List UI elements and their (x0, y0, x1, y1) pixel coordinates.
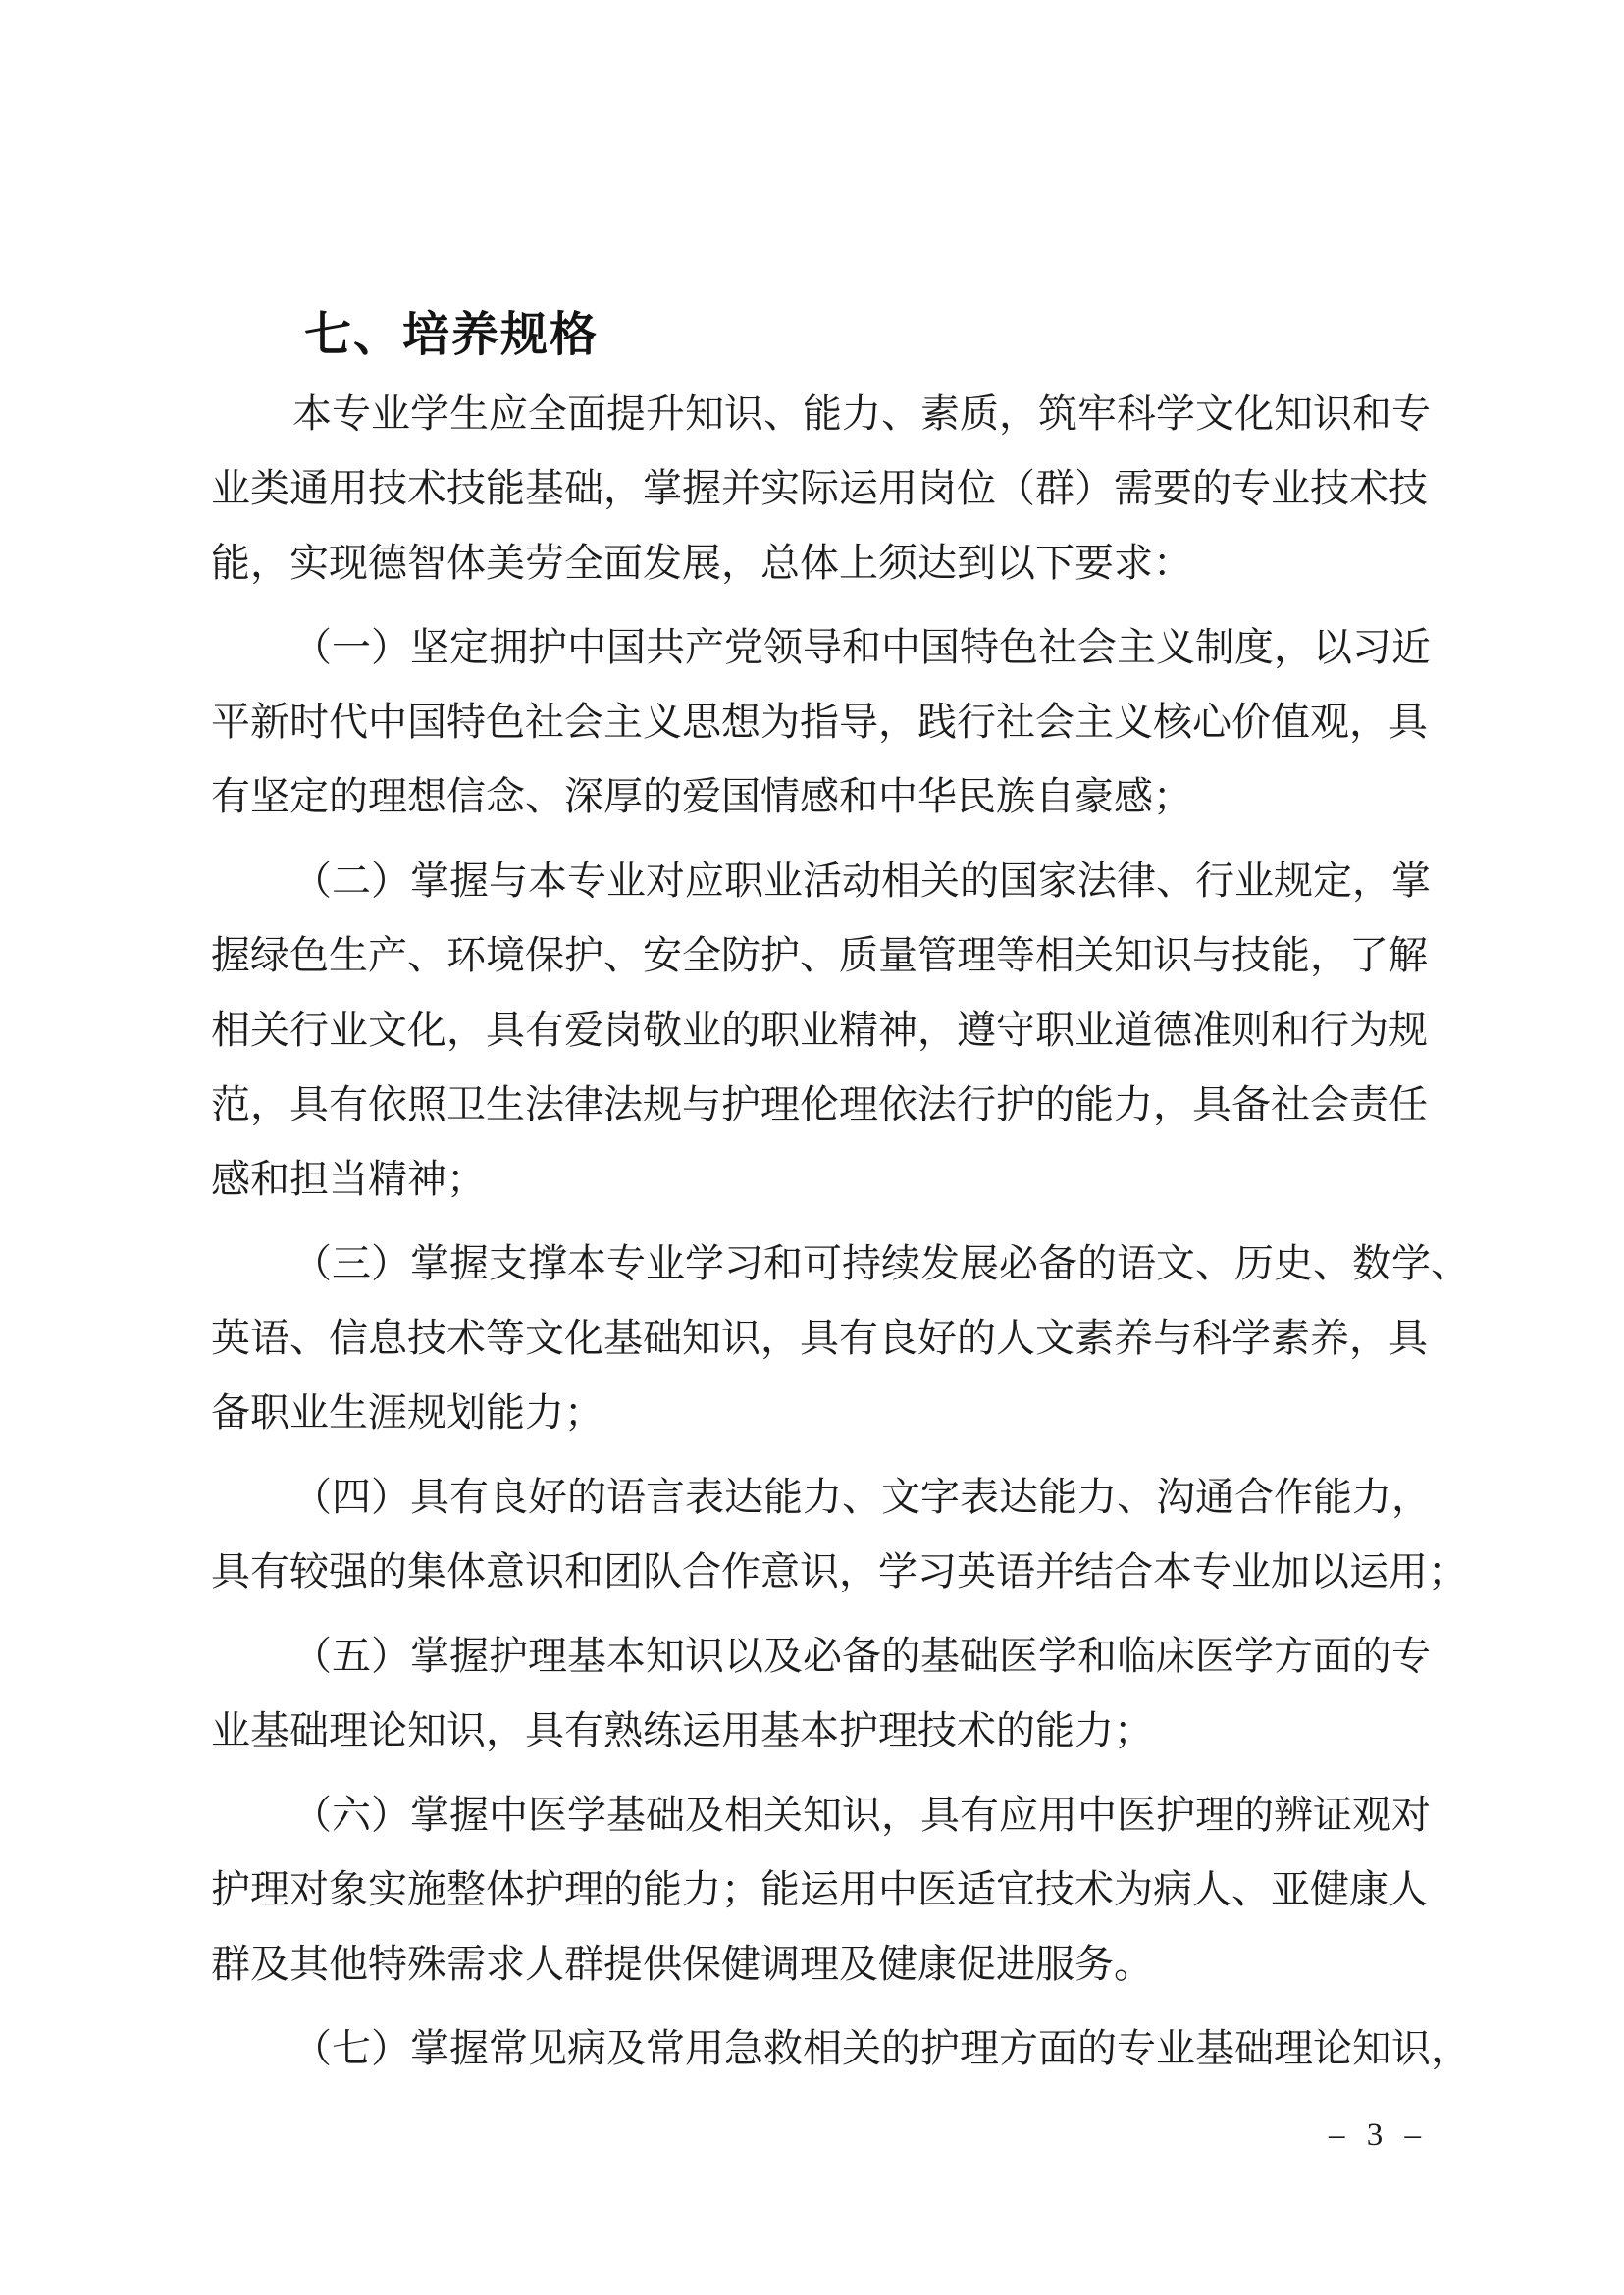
text-line: 握绿色生产、环境保护、安全防护、质量管理等相关知识与技能，了解 (211, 918, 1433, 993)
paragraph-item-6: （六）掌握中医学基础及相关知识，具有应用中医护理的辨证观对 护理对象实施整体护理… (211, 1778, 1433, 2002)
text-line: 业基础理论知识，具有熟练运用基本护理技术的能力； (211, 1694, 1433, 1768)
text-line: （一）坚定拥护中国共产党领导和中国特色社会主义制度，以习近 (211, 610, 1433, 685)
text-line: 备职业生涯规划能力； (211, 1376, 1433, 1450)
text-line: （四）具有良好的语言表达能力、文字表达能力、沟通合作能力， (211, 1460, 1433, 1535)
text-line: （五）掌握护理基本知识以及必备的基础医学和临床医学方面的专 (211, 1619, 1433, 1694)
text-line: 英语、信息技术等文化基础知识，具有良好的人文素养与科学素养，具 (211, 1301, 1433, 1376)
paragraph-item-4: （四）具有良好的语言表达能力、文字表达能力、沟通合作能力， 具有较强的集体意识和… (211, 1460, 1433, 1609)
text-line: 护理对象实施整体护理的能力；能运用中医适宜技术为病人、亚健康人 (211, 1852, 1433, 1927)
section-heading: 七、培养规格 (304, 310, 1433, 361)
text-line: （六）掌握中医学基础及相关知识，具有应用中医护理的辨证观对 (211, 1778, 1433, 1852)
document-page: 七、培养规格 本专业学生应全面提升知识、能力、素质，筑牢科学文化知识和专 业类通… (0, 0, 1624, 2295)
text-line: （七）掌握常见病及常用急救相关的护理方面的专业基础理论知识， (211, 2011, 1433, 2086)
paragraph-item-7: （七）掌握常见病及常用急救相关的护理方面的专业基础理论知识， (211, 2011, 1433, 2086)
text-line: 相关行业文化，具有爱岗敬业的职业精神，遵守职业道德准则和行为规 (211, 993, 1433, 1068)
text-line: （三）掌握支撑本专业学习和可持续发展必备的语文、历史、数学、 (211, 1226, 1433, 1301)
text-line: （二）掌握与本专业对应职业活动相关的国家法律、行业规定，掌 (211, 844, 1433, 918)
paragraph-item-5: （五）掌握护理基本知识以及必备的基础医学和临床医学方面的专 业基础理论知识，具有… (211, 1619, 1433, 1768)
paragraph-item-3: （三）掌握支撑本专业学习和可持续发展必备的语文、历史、数学、 英语、信息技术等文… (211, 1226, 1433, 1450)
text-line: 能，实现德智体美劳全面发展，总体上须达到以下要求： (211, 526, 1433, 600)
text-line: 有坚定的理想信念、深厚的爱国情感和中华民族自豪感； (211, 759, 1433, 834)
text-line: 范，具有依照卫生法律法规与护理伦理依法行护的能力，具备社会责任 (211, 1068, 1433, 1142)
text-line: 本专业学生应全面提升知识、能力、素质，筑牢科学文化知识和专 (211, 377, 1433, 451)
paragraph-item-2: （二）掌握与本专业对应职业活动相关的国家法律、行业规定，掌 握绿色生产、环境保护… (211, 844, 1433, 1217)
text-line: 群及其他特殊需求人群提供保健调理及健康促进服务。 (211, 1927, 1433, 2002)
paragraph-item-1: （一）坚定拥护中国共产党领导和中国特色社会主义制度，以习近 平新时代中国特色社会… (211, 610, 1433, 834)
text-line: 业类通用技术技能基础，掌握并实际运用岗位（群）需要的专业技术技 (211, 451, 1433, 526)
text-line: 具有较强的集体意识和团队合作意识，学习英语并结合本专业加以运用； (211, 1535, 1433, 1609)
page-number: – 3 – (1329, 2115, 1421, 2155)
text-line: 感和担当精神； (211, 1142, 1433, 1217)
text-line: 平新时代中国特色社会主义思想为指导，践行社会主义核心价值观，具 (211, 685, 1433, 759)
paragraph-intro: 本专业学生应全面提升知识、能力、素质，筑牢科学文化知识和专 业类通用技术技能基础… (211, 377, 1433, 600)
document-content: 七、培养规格 本专业学生应全面提升知识、能力、素质，筑牢科学文化知识和专 业类通… (211, 310, 1433, 2086)
